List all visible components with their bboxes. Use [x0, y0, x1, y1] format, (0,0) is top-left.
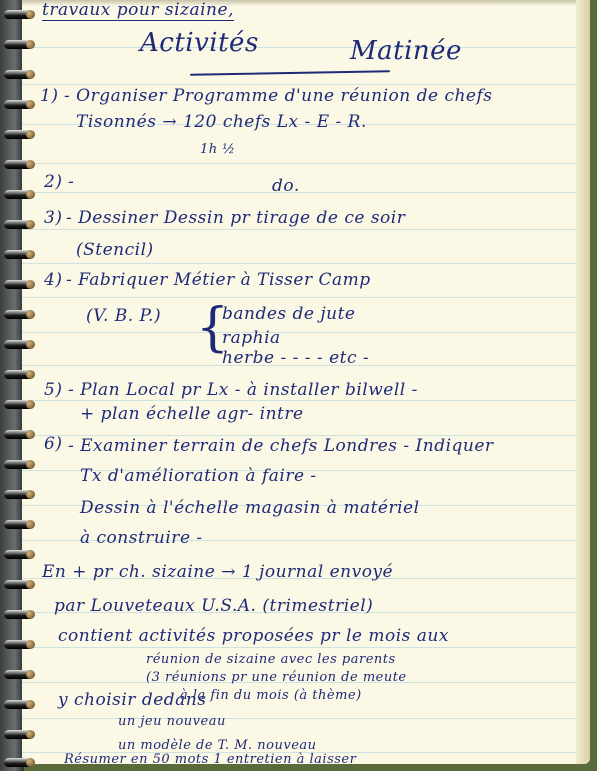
ruled-line [22, 400, 576, 401]
note-line-4: réunion de sizaine avec les parents [146, 652, 396, 667]
item-6-line-2: Tx d'amélioration à faire - [80, 466, 317, 486]
note-line-8: un jeu nouveau [118, 714, 226, 729]
item-3-number: 3) [44, 208, 62, 228]
item-6-line-4: à construire - [80, 528, 203, 548]
item-2-ditto: do. [272, 176, 300, 196]
note-line-3: contient activités proposées pr le mois … [58, 626, 449, 646]
ruled-line [22, 84, 576, 85]
header-note: travaux pour sizaine, [42, 0, 234, 21]
item-1-line-3: 1h ½ [200, 142, 235, 157]
item-1-line-2: Tisonnés → 120 chefs Lx - E - R. [76, 112, 367, 132]
item-6-line-1: - Examiner terrain de chefs Londres - In… [68, 436, 494, 456]
item-4-list-1: bandes de jute [222, 304, 356, 324]
item-4-list-3: herbe - - - - etc - [222, 348, 369, 368]
item-4-list-2: raphia [222, 328, 281, 348]
item-3-line-1: - Dessiner Dessin pr tirage de ce soir [66, 208, 405, 228]
item-4-line-2: (V. B. P.) [86, 306, 161, 326]
item-6-number: 6) [44, 434, 62, 454]
ruled-line [22, 163, 576, 164]
ruled-line [22, 297, 576, 298]
note-line-7: y choisir dedans [58, 690, 206, 710]
ruled-line [22, 47, 576, 48]
ruled-line [22, 263, 576, 264]
item-5-line-2: + plan échelle agr- intre [80, 404, 304, 424]
item-4-line-1: - Fabriquer Métier à Tisser Camp [66, 270, 371, 290]
title-matinee: Matinée [350, 36, 462, 66]
page-edge-shadow [576, 0, 590, 764]
item-5-line-1: - Plan Local pr Lx - à installer bilwell… [68, 380, 418, 400]
note-line-6: à la fin du mois (à thème) [180, 688, 362, 703]
ruled-line [22, 647, 576, 648]
spiral-binding-spine [0, 0, 24, 771]
ruled-line [22, 229, 576, 230]
item-2-dash: - [68, 172, 74, 192]
note-line-10: Résumer en 50 mots 1 entretien à laisser [64, 752, 356, 767]
note-line-5: (3 réunions pr une réunion de meute [146, 670, 407, 685]
item-4-number: 4) [44, 270, 62, 290]
title-activites: Activités [140, 28, 259, 58]
note-line-9: un modèle de T. M. nouveau [118, 738, 317, 753]
item-1-line-1: - Organiser Programme d'une réunion de c… [64, 86, 493, 106]
item-1-number: 1) [40, 86, 58, 106]
item-3-line-2: (Stencil) [76, 240, 154, 260]
ruled-line [22, 718, 576, 719]
item-2-number: 2) [44, 172, 62, 192]
note-line-2: par Louveteaux U.S.A. (trimestriel) [54, 596, 373, 616]
item-6-line-3: Dessin à l'échelle magasin à matériel [80, 498, 420, 518]
item-5-number: 5) [44, 380, 62, 400]
note-line-1: En + pr ch. sizaine → 1 journal envoyé [42, 562, 393, 582]
ruled-line [22, 332, 576, 333]
